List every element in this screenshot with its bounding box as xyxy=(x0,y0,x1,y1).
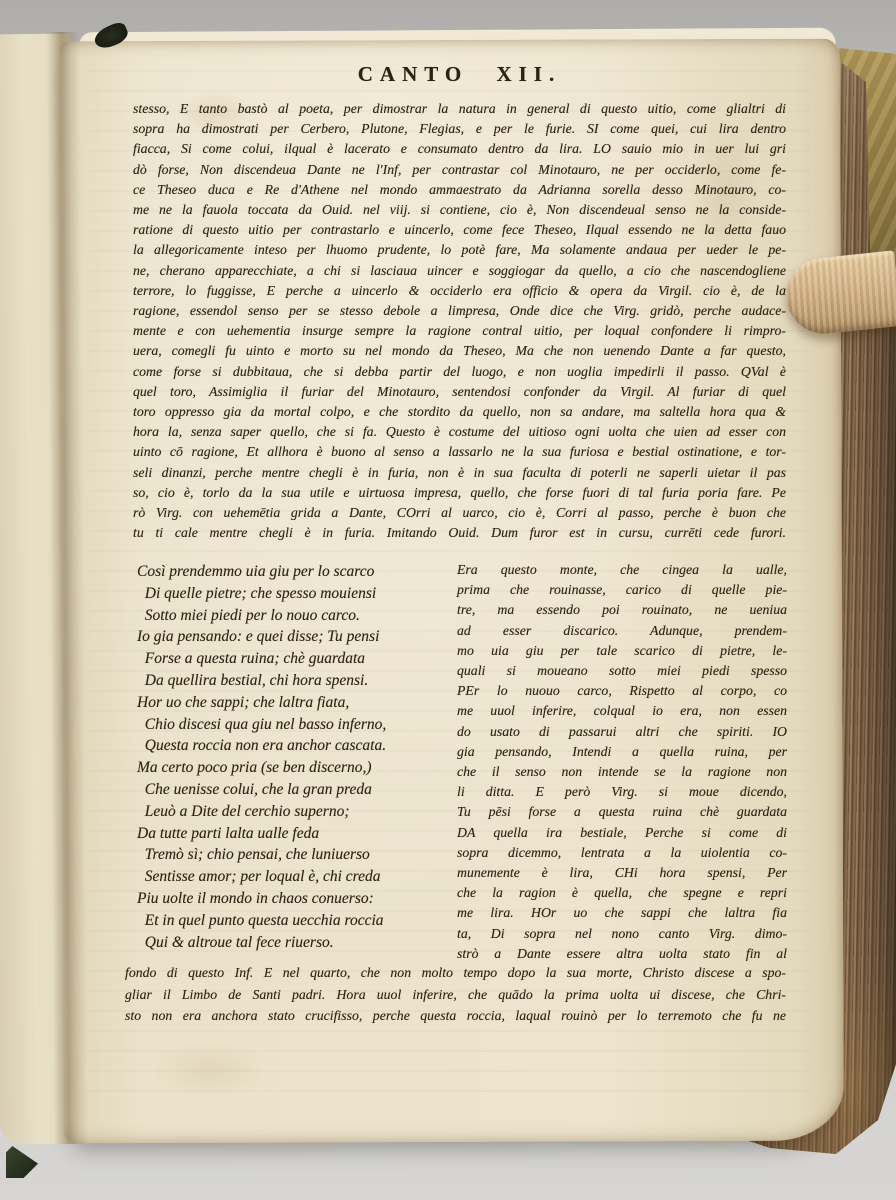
top-commentary: stesso, E tanto bastò al poeta, per dimo… xyxy=(133,99,786,543)
right-commentary-column: Era questo monte, che cingea la ualle, p… xyxy=(457,560,787,964)
poem-column: Così prendemmo uia giu per lo scarco Di … xyxy=(137,561,453,953)
cover-corner xyxy=(6,1146,38,1178)
bottom-commentary: fondo di questo Inf. E nel quarto, che n… xyxy=(125,962,786,1027)
canto-heading: CANTO XII. xyxy=(133,62,786,87)
